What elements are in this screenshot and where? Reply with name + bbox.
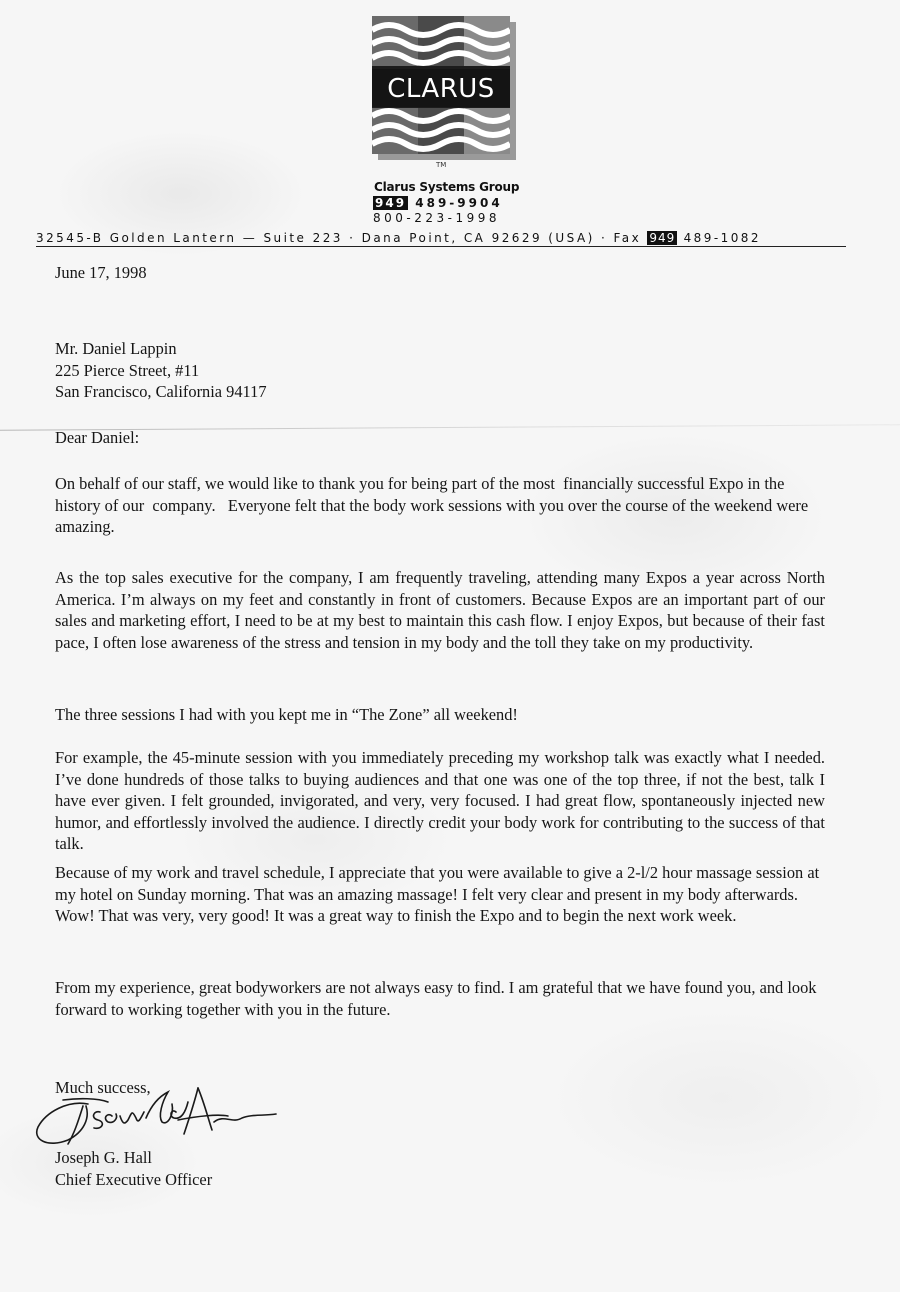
paragraph: From my experience, great bodyworkers ar… <box>55 977 825 1020</box>
address-bar: 32545-B Golden Lantern — Suite 223 · Dan… <box>36 231 846 247</box>
signer-name: Joseph G. Hall <box>55 1147 825 1169</box>
paragraph-massage-session: Because of my work and travel schedule, … <box>55 862 825 927</box>
toll-free-number: 800-223-1998 <box>373 211 500 225</box>
paragraph: As the top sales executive for the compa… <box>55 567 825 653</box>
fax-number: 489-1082 <box>684 231 761 245</box>
recipient-name: Mr. Daniel Lappin <box>55 338 825 360</box>
recipient-street: 225 Pierce Street, #11 <box>55 360 825 382</box>
paragraph: On behalf of our staff, we would like to… <box>55 473 825 538</box>
phone-area-code: 949 <box>373 196 408 210</box>
paragraph: The three sessions I had with you kept m… <box>55 704 825 726</box>
recipient-city: San Francisco, California 94117 <box>55 381 825 403</box>
paragraph: Because of my work and travel schedule, … <box>55 862 825 927</box>
company-address: 32545-B Golden Lantern — Suite 223 · Dan… <box>36 231 641 245</box>
phone-line: 949 489-9904 <box>373 196 503 210</box>
paragraph-thanks: On behalf of our staff, we would like to… <box>55 473 825 538</box>
paragraph-background: As the top sales executive for the compa… <box>55 567 825 653</box>
letter-date: June 17, 1998 <box>55 262 825 284</box>
recipient-address: Mr. Daniel Lappin 225 Pierce Street, #11… <box>55 338 825 403</box>
phone-number: 489-9904 <box>415 196 502 210</box>
paragraph-example: For example, the 45-minute session with … <box>55 747 825 855</box>
paragraph-the-zone: The three sessions I had with you kept m… <box>55 704 825 726</box>
salutation: Dear Daniel: <box>55 427 825 449</box>
signer-title: Chief Executive Officer <box>55 1169 825 1191</box>
paragraph: For example, the 45-minute session with … <box>55 747 825 855</box>
handwritten-signature-icon <box>28 1082 288 1157</box>
logo-wordmark: CLARUS <box>372 73 510 105</box>
paragraph-closing-thoughts: From my experience, great bodyworkers ar… <box>55 977 825 1020</box>
clarus-logo: CLARUS <box>372 16 510 154</box>
fax-area-code: 949 <box>647 231 677 245</box>
trademark-mark: TM <box>436 161 446 169</box>
company-name: Clarus Systems Group <box>374 180 519 194</box>
